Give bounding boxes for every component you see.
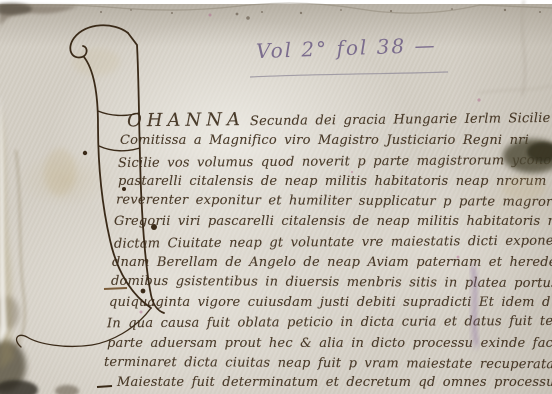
manuscript-photo: Vol 2° fol 38 — OHANNASecunda dei gracia… bbox=[0, 0, 552, 394]
text-line-12: parte aduersam prout hec & alia in dicto… bbox=[107, 336, 552, 351]
text-line-4: pastarelli citalensis de neap militis ha… bbox=[118, 174, 552, 189]
text-line-6: Gregorii viri pascarelli citalensis de n… bbox=[114, 214, 552, 229]
text-line-11: In qua causa fuit oblata peticio in dict… bbox=[107, 314, 552, 331]
text-line-2: Comitissa a Magnifico viro Magistro Just… bbox=[120, 133, 529, 148]
text-line-9: domibus gsistentibus in diuersis menbris… bbox=[111, 274, 552, 292]
text-line-13: terminaret dicta ciuitas neap fuit p vra… bbox=[104, 355, 552, 372]
opening-line-rest: Secunda dei gracia Hungarie Ierlm Sicili… bbox=[250, 111, 552, 129]
text-line-10: quiquaginta vigore cuiusdam justi debiti… bbox=[109, 295, 551, 310]
opening-word-caps: OHANNA bbox=[127, 109, 245, 131]
text-line-14: Maiestate fuit determinatum et decretum … bbox=[117, 375, 552, 390]
text-line-1: OHANNASecunda dei gracia Hungarie Ierlm … bbox=[127, 106, 552, 132]
text-line-8: dnam Berellam de Angelo de neap Aviam pa… bbox=[112, 255, 552, 270]
text-line-7: dictam Ciuitate neap gt voluntate vre ma… bbox=[114, 233, 552, 251]
text-line-5: reverenter exponitur et humiliter suppli… bbox=[116, 192, 552, 210]
text-line-3: Sicilie vos volumus quod noverit p parte… bbox=[118, 152, 552, 171]
